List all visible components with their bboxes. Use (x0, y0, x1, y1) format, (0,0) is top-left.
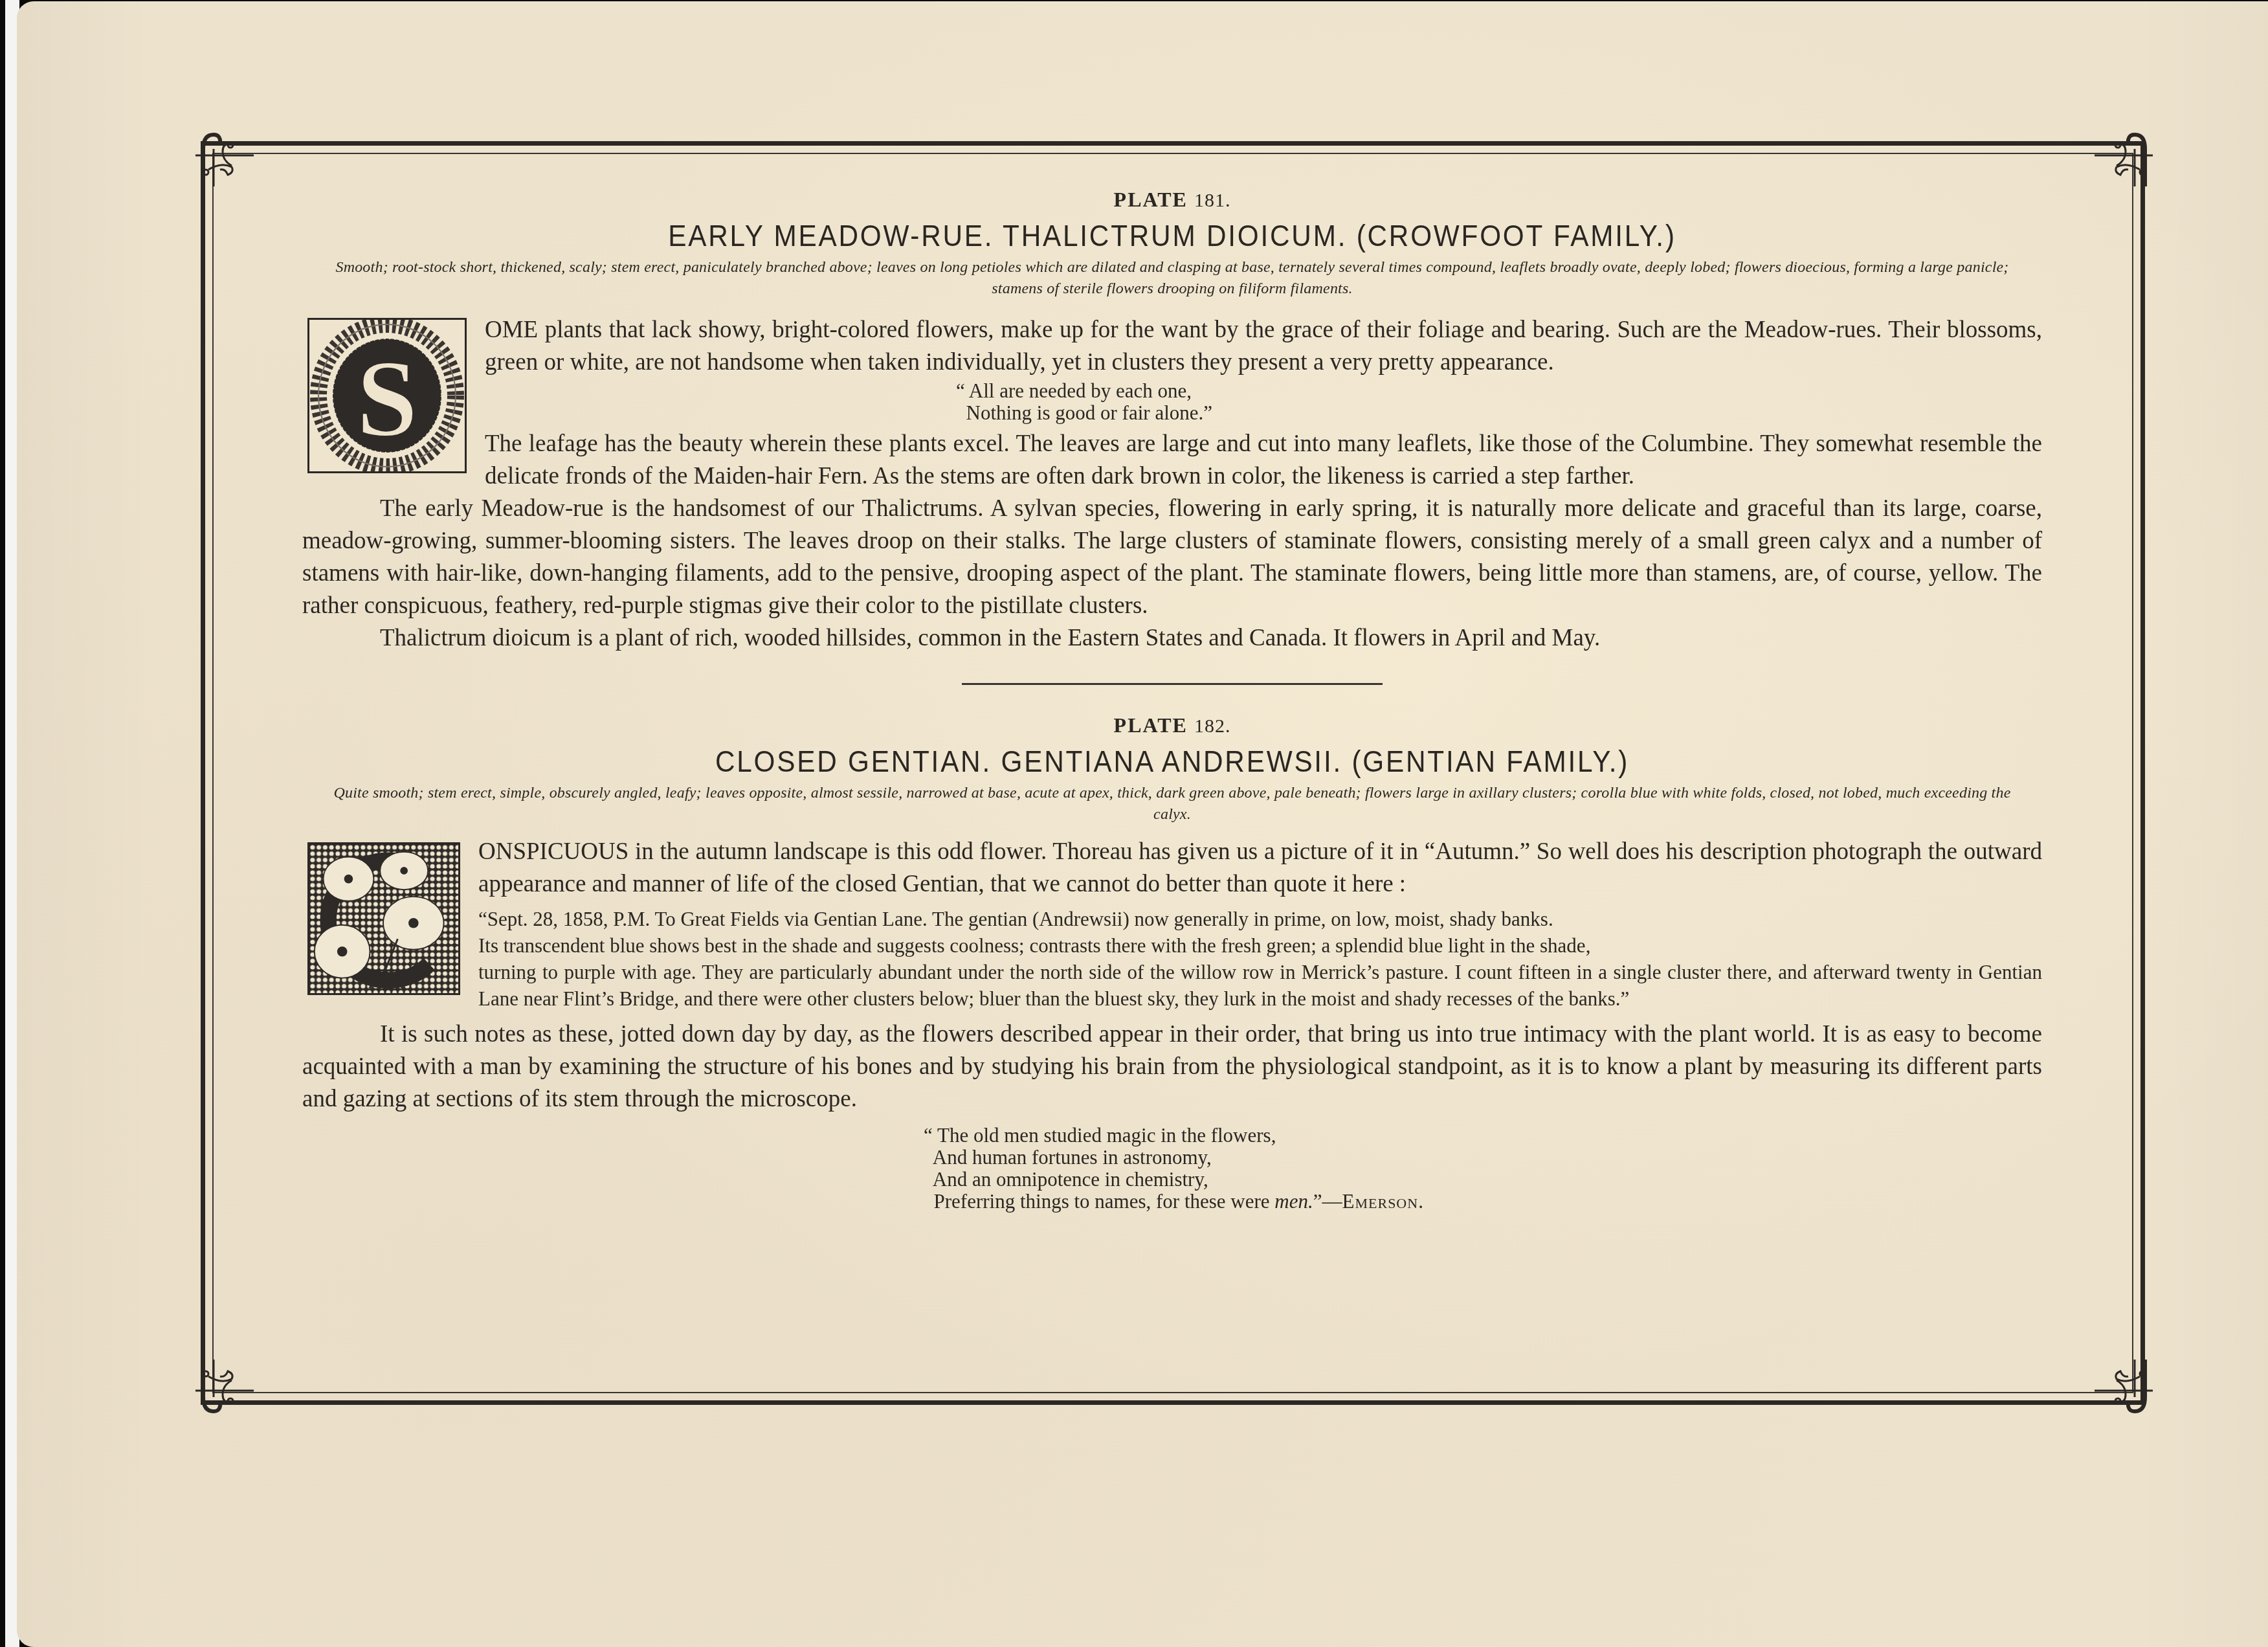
verse-line-text: Preferring things to names, for these we… (924, 1190, 1274, 1213)
dropcap-s-ornament-icon: S (307, 318, 467, 473)
botanical-description: Smooth; root-stock short, thickened, sca… (328, 257, 2016, 300)
verse-quote: “ All are needed by each one, Nothing is… (302, 380, 2042, 424)
plate-label-text: PLATE (1114, 188, 1188, 211)
plate-title: EARLY MEADOW-RUE. THALICTRUM DIOICUM. (C… (372, 218, 1973, 253)
body-paragraph: It is such notes as these, jotted down d… (302, 1018, 2042, 1115)
emerson-verse: “ The old men studied magic in the flowe… (302, 1125, 2042, 1213)
plate-number: 181. (1194, 190, 1231, 211)
plate-181-section: PLATE 181. EARLY MEADOW-RUE. THALICTRUM … (302, 188, 2042, 655)
ornament-corner-icon (189, 129, 254, 188)
quote-line: turning to purple with age. They are par… (302, 959, 2042, 1012)
verse-line: And human fortunes in astronomy, (924, 1147, 2042, 1169)
section-divider (962, 683, 1383, 685)
quote-line: “Sept. 28, 1858, P.M. To Great Fields vi… (302, 906, 2042, 932)
botanical-description: Quite smooth; stem erect, simple, obscur… (328, 783, 2016, 825)
verse-line: And an omnipotence in chemistry, (924, 1169, 2042, 1191)
page-content: PLATE 181. EARLY MEADOW-RUE. THALICTRUM … (302, 188, 2042, 1216)
verse-line: Nothing is good or fair alone.” (956, 402, 2042, 424)
plate-label: PLATE 182. (302, 713, 2042, 737)
verse-italic-word: men. (1274, 1190, 1313, 1213)
svg-text:S: S (357, 337, 418, 459)
intro-paragraph: OME plants that lack showy, bright-color… (302, 314, 2042, 379)
attribution: Emerson. (1342, 1190, 1424, 1213)
intro-paragraph: ONSPICUOUS in the autumn landscape is th… (302, 836, 2042, 901)
verse-close: ”— (1313, 1190, 1342, 1213)
plate-number: 182. (1194, 715, 1231, 737)
thoreau-quote: “Sept. 28, 1858, P.M. To Great Fields vi… (302, 906, 2042, 1012)
body-paragraph: Thalictrum dioicum is a plant of rich, w… (302, 622, 2042, 655)
ornament-corner-icon (189, 1358, 254, 1417)
verse-line: “ All are needed by each one, (956, 380, 2042, 402)
body-paragraph: The leafage has the beauty wherein these… (302, 428, 2042, 493)
ornament-corner-icon (2095, 129, 2159, 188)
body-paragraph: The early Meadow-rue is the handsomest o… (302, 493, 2042, 622)
ornament-corner-icon (2095, 1358, 2159, 1417)
plate-label: PLATE 181. (302, 188, 2042, 212)
plate-label-text: PLATE (1114, 713, 1188, 737)
plate-182-section: PLATE 182. CLOSED GENTIAN. GENTIANA ANDR… (302, 713, 2042, 1213)
verse-line: Preferring things to names, for these we… (924, 1191, 2042, 1213)
plate-title: CLOSED GENTIAN. GENTIANA ANDREWSII. (GEN… (372, 744, 1973, 779)
dropcap-c-floral-ornament-icon (307, 842, 460, 995)
quote-line: Its transcendent blue shows best in the … (302, 932, 2042, 959)
verse-line: “ The old men studied magic in the flowe… (924, 1125, 2042, 1147)
